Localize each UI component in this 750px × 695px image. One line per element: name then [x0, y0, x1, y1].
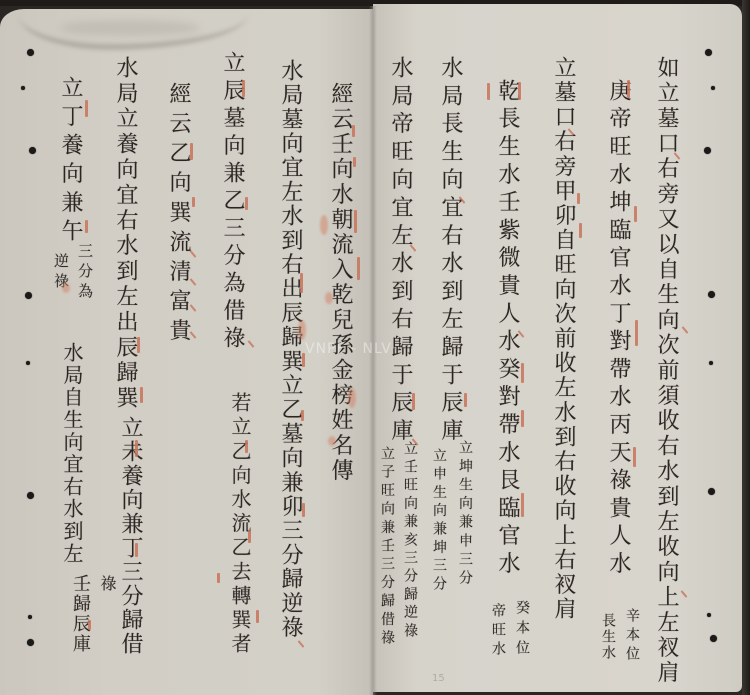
- red-annotation-mark: [635, 320, 638, 346]
- text-column-right-5: 水局長生向宜右水到左歸于辰庫: [439, 56, 461, 447]
- page-number: 15: [432, 673, 445, 684]
- red-annotation-mark: [328, 436, 336, 446]
- binding-hole: [707, 613, 711, 617]
- red-annotation-mark: [62, 283, 70, 293]
- interlinear-note: 立壬旺向兼亥三分歸逆祿: [403, 441, 417, 641]
- red-annotation-mark: [518, 82, 521, 100]
- red-annotation-mark: [192, 197, 195, 207]
- red-annotation-mark: [248, 530, 251, 543]
- binding-hole: [708, 291, 715, 298]
- binding-hole: [28, 615, 32, 619]
- red-annotation-mark: [627, 80, 630, 98]
- red-annotation-mark: [135, 543, 138, 557]
- red-annotation-mark: [354, 210, 357, 233]
- red-annotation-mark: [245, 440, 248, 453]
- text-column-left-5-tail: 祿: [99, 575, 115, 591]
- binding-hole: [708, 488, 715, 495]
- red-annotation-mark: [85, 100, 88, 117]
- red-annotation-mark: [577, 193, 580, 204]
- text-column-left-7-continuation: 壬歸辰庫: [71, 574, 89, 654]
- red-annotation-mark: [634, 206, 637, 222]
- text-column-left-6: 立丁養向兼午: [59, 76, 81, 248]
- water-stain: [60, 20, 200, 36]
- red-annotation-mark: [137, 337, 140, 353]
- red-annotation-mark: [140, 387, 143, 403]
- text-column-right-6: 水局帝旺向宜左水到右歸于辰庫: [389, 56, 411, 447]
- interlinear-note: 立子旺向兼壬三分歸借祿: [380, 446, 394, 648]
- text-column-left-1: 經云壬向水朝流入乾兒孫金榜姓名傳: [329, 82, 351, 484]
- red-annotation-mark: [88, 620, 91, 630]
- interlinear-note: 三分為: [77, 243, 92, 303]
- interlinear-note: 辛本位: [625, 608, 639, 665]
- binding-hole: [705, 49, 712, 56]
- binding-hole: [25, 292, 32, 299]
- red-annotation-mark: [190, 143, 193, 160]
- red-annotation-mark: [521, 410, 524, 427]
- binding-hole: [709, 361, 713, 365]
- red-annotation-mark: [348, 388, 356, 408]
- red-annotation-mark: [357, 257, 360, 280]
- red-annotation-mark: [353, 157, 356, 167]
- red-annotation-mark: [521, 493, 524, 517]
- text-column-right-4: 乾長生水壬紫微貴人水癸對帶水艮臨官水: [496, 79, 518, 579]
- interlinear-note: 癸本位: [515, 600, 529, 660]
- red-annotation-mark: [352, 125, 355, 137]
- binding-hole: [710, 635, 717, 642]
- red-annotation-mark: [300, 273, 303, 293]
- red-annotation-mark: [320, 215, 328, 235]
- binding-hole: [27, 492, 34, 499]
- red-annotation-mark: [256, 610, 259, 623]
- interlinear-note: 長生水: [601, 613, 615, 661]
- binding-hole: [704, 147, 711, 154]
- red-annotation-mark: [464, 393, 467, 407]
- text-column-left-2: 水局墓向宜左水到右出辰歸巽立乙墓向兼卯三分歸逆祿: [279, 59, 301, 640]
- interlinear-note: 帝旺水: [491, 603, 505, 660]
- binding-hole: [27, 639, 34, 646]
- red-annotation-mark: [242, 80, 245, 97]
- text-column-right-3: 立墓口右旁甲卯自旺向次前收左水到右收向上右衩肩: [552, 56, 574, 622]
- red-annotation-mark: [633, 447, 636, 467]
- red-annotation-mark: [135, 440, 138, 457]
- red-annotation-mark: [487, 83, 490, 100]
- text-column-left-4: 經云乙向巽流清富貴: [167, 82, 189, 348]
- red-annotation-mark: [302, 503, 305, 517]
- text-column-right-2: 庚帝旺水坤臨官水丁對帶水丙天祿貴人水: [607, 79, 629, 579]
- text-column-right-1: 如立墓口右旁又以自生向次前須收右水到左收向上左衩肩: [655, 56, 677, 686]
- red-annotation-mark: [85, 220, 88, 233]
- red-annotation-mark: [579, 223, 582, 238]
- binding-hole: [711, 86, 715, 90]
- red-annotation-mark: [298, 320, 306, 340]
- binding-hole: [21, 86, 25, 90]
- red-annotation-mark: [521, 363, 524, 383]
- red-annotation-mark: [217, 573, 220, 583]
- red-annotation-mark: [245, 197, 248, 210]
- binding-hole: [26, 361, 30, 365]
- text-column-left-3: 立辰墓向兼乙三分為借祿: [221, 51, 243, 354]
- red-annotation-mark: [301, 410, 304, 421]
- red-annotation-mark: [325, 292, 333, 304]
- binding-hole: [29, 147, 36, 154]
- binding-hole: [27, 49, 34, 56]
- text-column-left-7: 水局自生向宜右水到左: [62, 342, 82, 565]
- interlinear-note: 立坤生向兼申三分: [458, 440, 472, 589]
- scan-border-right: [742, 0, 750, 695]
- text-column-left-5: 水局立養向宜右水到左出辰歸巽: [114, 56, 136, 412]
- red-annotation-mark: [412, 393, 415, 410]
- interlinear-note: 立申生向兼坤三分: [432, 448, 446, 594]
- marginal-note: 若立乙向水流乙去轉巽者: [230, 392, 250, 657]
- watermark: VNPF - NLV: [305, 341, 392, 357]
